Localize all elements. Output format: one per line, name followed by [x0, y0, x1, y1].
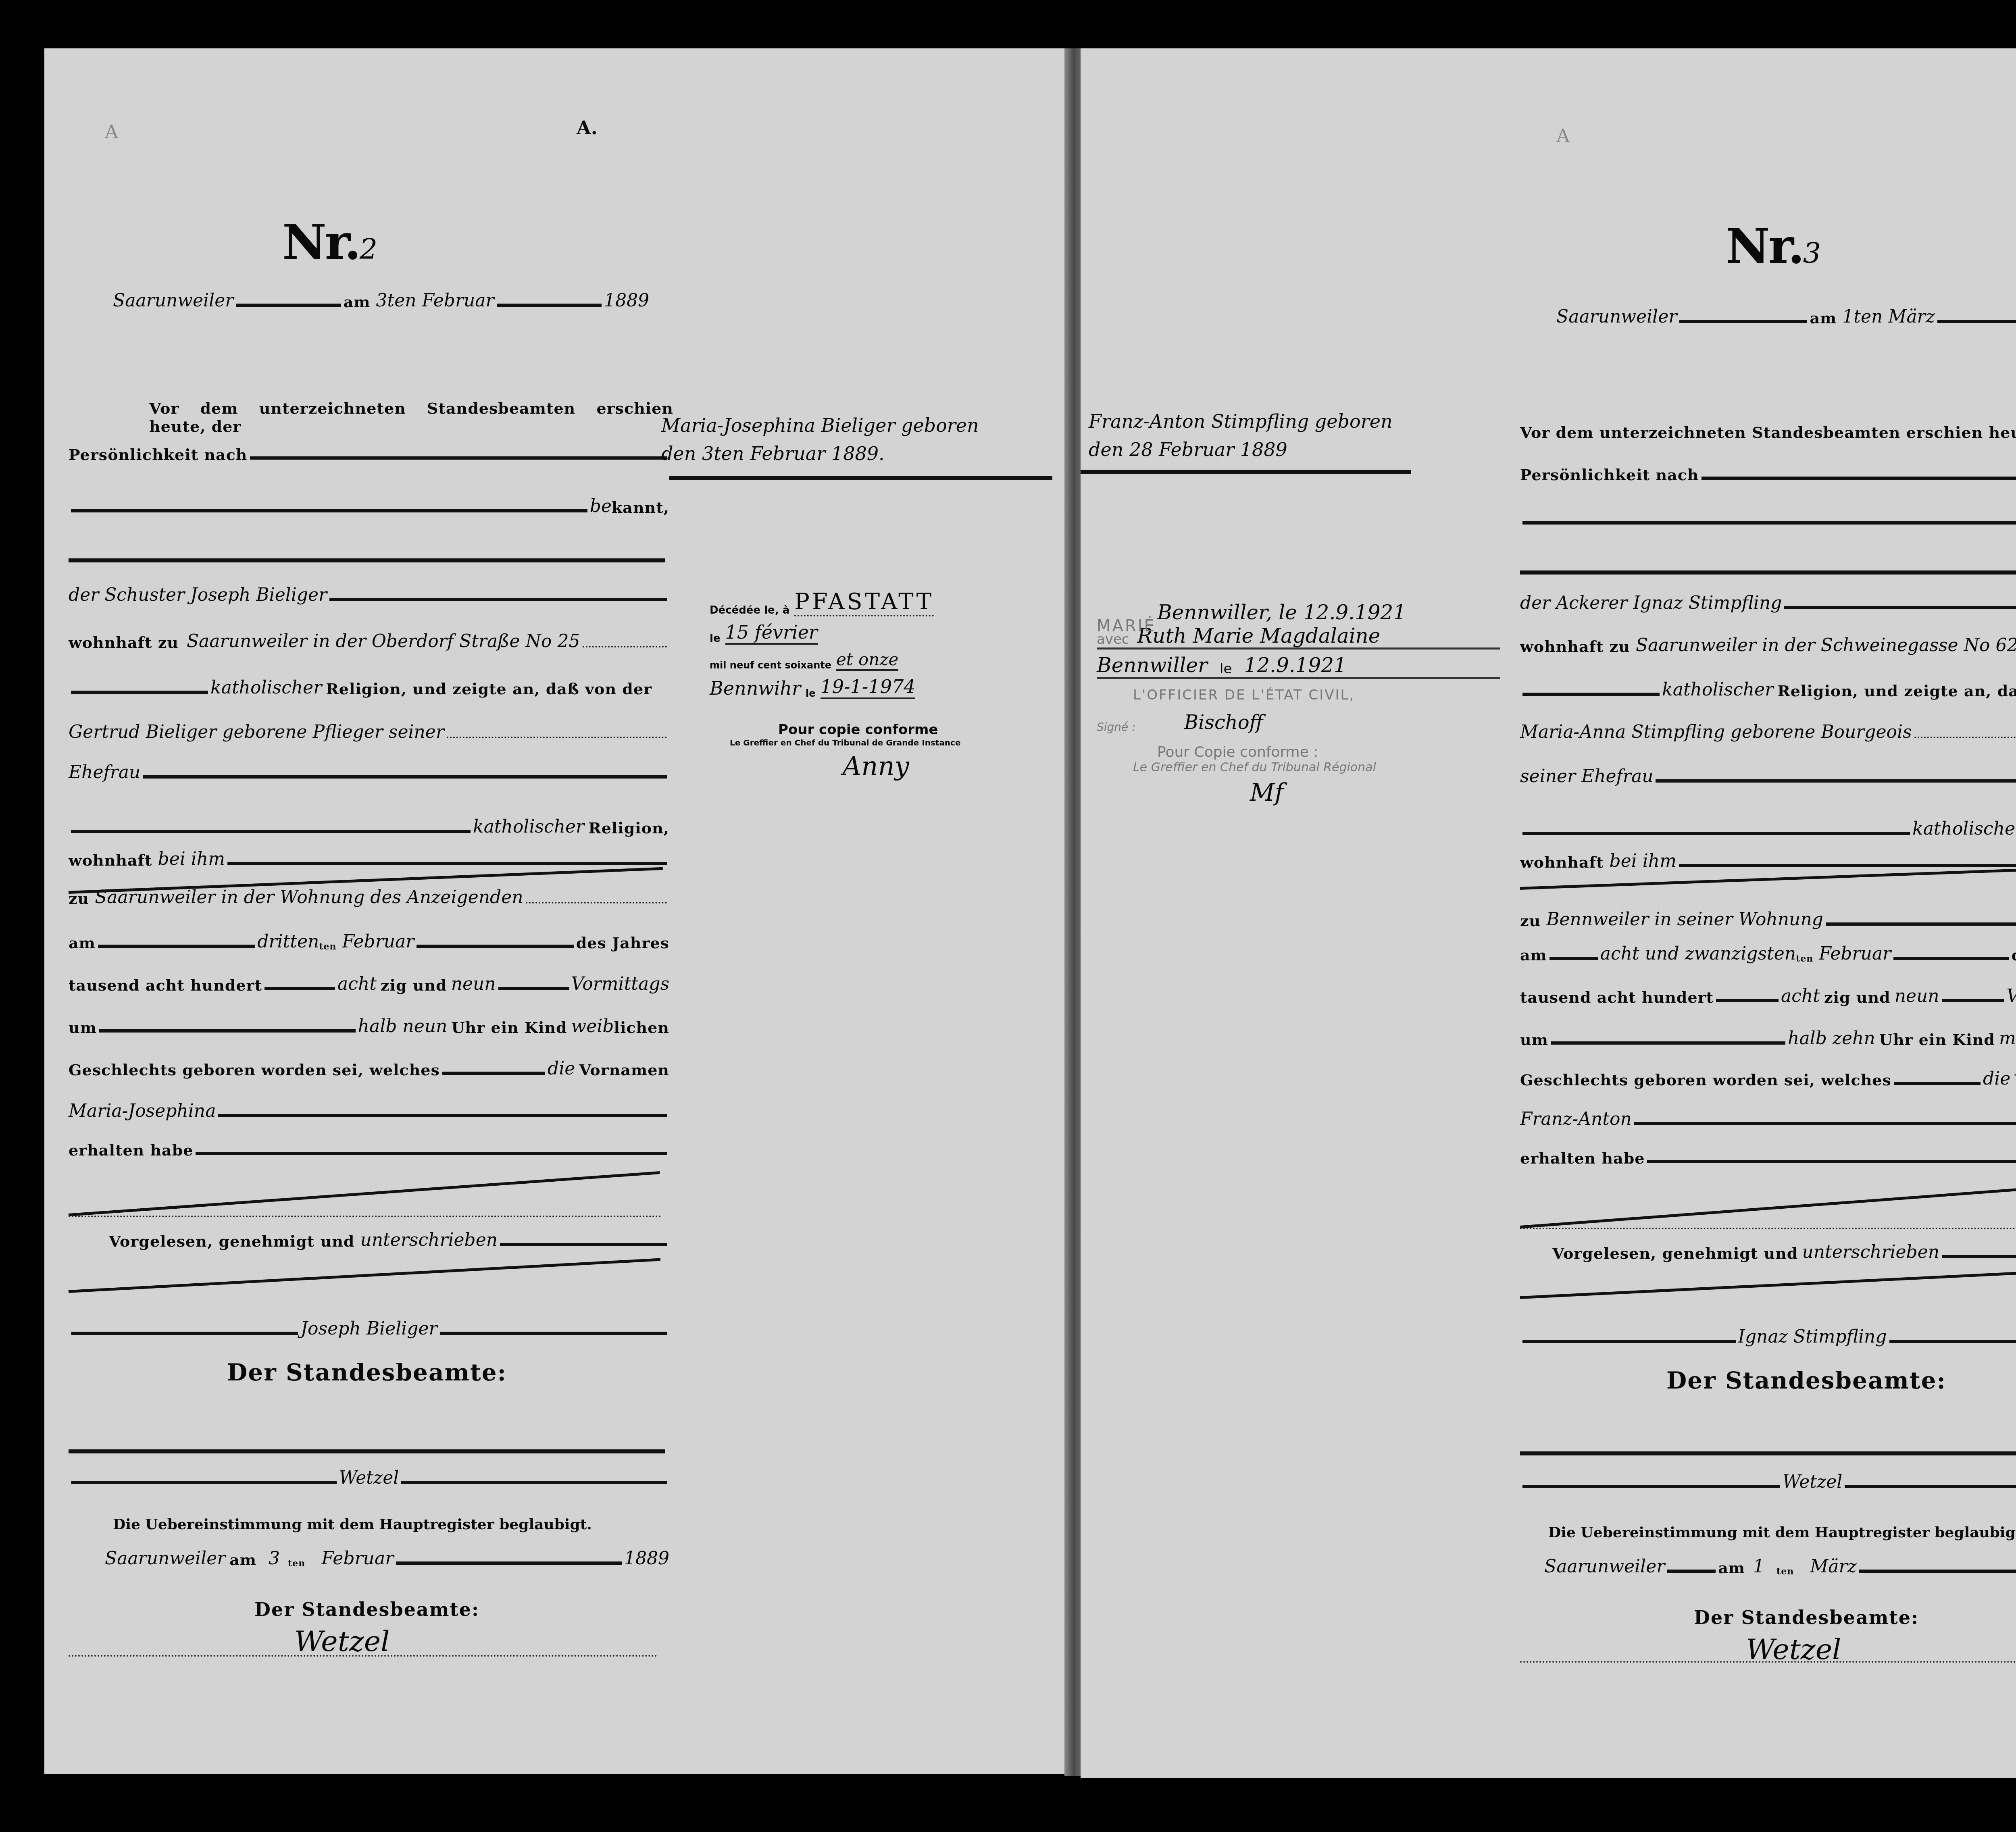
margin-note-birth: Franz-Anton Stimpfling geboren den 28 Fe… [1089, 407, 1393, 464]
record-date-line: Saarunweiler am 3ten Februar 1889 [113, 290, 649, 311]
official-signature: Wetzel [339, 1468, 399, 1488]
spouse-name: Ruth Marie Magdalaine [1137, 624, 1381, 647]
child-name: Franz-Anton [1520, 1109, 1632, 1129]
certification-text: Die Uebereinstimmung mit dem Hauptregist… [1548, 1524, 2016, 1541]
declarant-residence: Saarunweiler in der Schweinegasse No 62 [1636, 635, 2016, 656]
officer-signature: Bischoff [1184, 711, 1263, 734]
mother-name: Gertrud Bieliger geborene Pflieger seine… [69, 722, 444, 742]
book-gutter [1064, 48, 1083, 1776]
child-name: Maria-Josephina [69, 1101, 216, 1121]
record-place: Saarunweiler [113, 290, 233, 311]
death-stamp: Décédée le, à PFASTATT le 15 février mil… [710, 589, 1032, 699]
official-heading: Der Standesbeamte: [44, 1359, 689, 1386]
record-number: Nr.3 [1726, 218, 1819, 275]
left-register-page: A A. Nr.2 Saarunweiler am 3ten Februar 1… [44, 48, 1068, 1774]
declarant-name: der Schuster Joseph Bieliger [69, 585, 327, 605]
record-date-line: Saarunweiler am 1ten März 1889 [1556, 306, 2016, 327]
child-sex: männ [1999, 1028, 2016, 1049]
right-register-page: A A. Nr.3 Saarunweiler am 1ten März 1889… [1081, 48, 2016, 1778]
declarant-signature: Joseph Bieliger [300, 1318, 437, 1339]
birth-daytime: Vormittags [571, 974, 669, 994]
birth-hour: halb neun [358, 1016, 448, 1037]
declarant-name: der Ackerer Ignaz Stimpfling [1520, 593, 1782, 613]
record-month: Februar [422, 290, 494, 311]
official-heading: Der Standesbeamte: [1484, 1367, 2016, 1394]
cert-official-heading: Der Standesbeamte: [1484, 1607, 2016, 1628]
corner-mark-faint: A [105, 121, 118, 143]
certification-date-line: Saarunweiler am 1 ten März 1889 [1544, 1556, 2016, 1577]
certification-text: Die Uebereinstimmung mit dem Hauptregist… [113, 1516, 592, 1533]
birth-hour: halb zehn [1788, 1028, 1875, 1049]
cert-signature: Wetzel [294, 1625, 390, 1658]
copy-conform-stamp-left: Pour copie conforme Le Greffier en Chef … [730, 722, 1052, 781]
intro-text: Vor dem unterzeichneten Standesbeamten e… [1520, 423, 2016, 441]
record-day: 3ten [376, 290, 417, 311]
birth-place: Saarunweiler in der Wohnung des Anzeigen… [95, 887, 523, 908]
child-sex: weib [571, 1016, 614, 1037]
death-date: 15 février [725, 621, 818, 645]
corner-mark-faint: A [1556, 125, 1570, 147]
official-signature: Wetzel [1783, 1472, 1843, 1492]
certification-date-line: Saarunweiler am 3 ten Februar 1889 [105, 1548, 669, 1569]
birth-month: Februar [1819, 943, 1891, 964]
record-year: 1889 [604, 290, 649, 311]
number-value: 2 [360, 233, 376, 266]
margin-note-birth: Maria-Josephina Bieliger geboren den 3te… [661, 411, 979, 468]
birth-day: acht und zwanzigsten [1600, 943, 1796, 964]
number-label: Nr. [282, 214, 360, 271]
cert-official-heading: Der Standesbeamte: [44, 1599, 689, 1620]
corner-mark: A. [577, 117, 598, 139]
birth-place: Bennweiler in seiner Wohnung [1546, 909, 1823, 930]
record-number: Nr.2 [282, 214, 376, 271]
mother-name: Maria-Anna Stimpfling geborene Bourgeois [1520, 722, 1912, 742]
birth-month: Februar [342, 931, 414, 952]
cert-signature: Wetzel [1746, 1633, 1841, 1666]
declarant-residence: Saarunweiler in der Oberdorf Straße No 2… [187, 631, 580, 652]
intro-text: Vor dem unterzeichneten Standesbeamten e… [149, 399, 673, 435]
marriage-stamp: MARIÉ Bennwiller, le 12.9.1921 avec Ruth… [1097, 601, 1500, 807]
birth-day: dritten [257, 931, 319, 952]
death-place: PFASTATT [794, 589, 934, 616]
marriage-date-line: Bennwiller, le 12.9.1921 [1097, 601, 1500, 624]
declarant-signature: Ignaz Stimpfling [1738, 1326, 1887, 1347]
